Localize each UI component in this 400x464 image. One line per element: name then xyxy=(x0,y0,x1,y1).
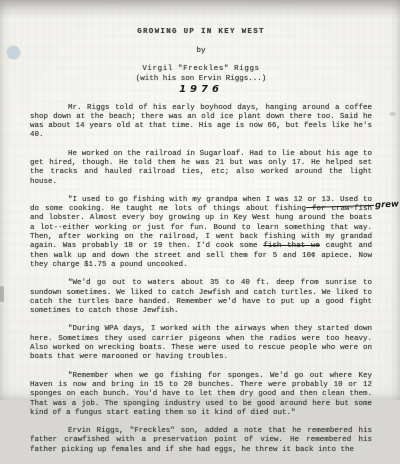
struck-text: fish that we xyxy=(263,242,320,250)
byline: by xyxy=(30,47,372,55)
title-block: GROWING UP IN KEY WEST by Virgil "Freckl… xyxy=(30,28,372,95)
body-text: Mr. Riggs told of his early boyhood days… xyxy=(30,104,372,401)
handwritten-year: 1976 xyxy=(30,84,372,95)
paragraph-4: "We'd go out to waters about 35 to 40 ft… xyxy=(30,279,372,316)
margin-annotation: grew xyxy=(375,199,399,210)
scan-smudge-left xyxy=(0,286,4,302)
scan-smudge-right xyxy=(389,112,396,116)
document-content: GROWING UP IN KEY WEST by Virgil "Freckl… xyxy=(30,28,372,400)
scanned-page: GROWING UP IN KEY WEST by Virgil "Freckl… xyxy=(0,0,400,400)
paragraph-5: "During WPA days, I worked with the airw… xyxy=(30,325,372,362)
author-name: Virgil "Freckles" Riggs xyxy=(30,65,372,73)
page-title: GROWING UP IN KEY WEST xyxy=(30,28,372,36)
paragraph-1: Mr. Riggs told of his early boyhood days… xyxy=(30,104,372,141)
author-note: (with his son Ervin Riggs...) xyxy=(30,75,372,83)
paragraph-2: He worked on the railroad in Sugarloaf. … xyxy=(30,150,372,187)
hole-punch-mark xyxy=(7,46,20,59)
paragraph-6: "Remember when we go fishing for sponges… xyxy=(30,372,372,400)
